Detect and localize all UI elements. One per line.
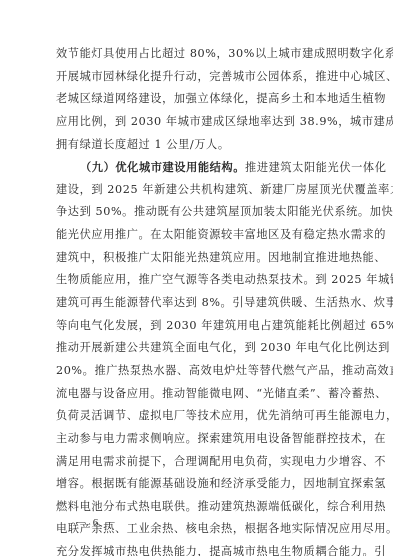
text-fragment: 推进建筑太阳能光伏一体化 xyxy=(245,161,386,174)
page-number: － 6 － xyxy=(75,514,118,530)
text-line: 能光伏应用推广。在太阳能资源较丰富地区及有稳定热水需求的 xyxy=(56,224,338,247)
text-line: 20%。推广热泵热水器、高效电炉灶等替代燃气产品，推动高效直 xyxy=(56,360,338,383)
text-line: 满足用电需求前提下，合理调配用电负荷，实现电力少增容、不 xyxy=(56,451,338,474)
text-line: 建筑中，积极推广太阳能光热建筑应用。因地制宜推进地热能、 xyxy=(56,247,338,270)
section-heading: （九）优化城市建设用能结构。 xyxy=(80,160,245,174)
text-line: 增容。根据既有能源基础设施和经济承受能力，因地制宜探索氢 xyxy=(56,473,338,496)
document-body: 效节能灯具使用占比超过 80%，30%以上城市建成照明数字化系统。 开展城市园林… xyxy=(56,43,338,556)
text-line: 应用比例，到 2030 年城市建成区绿地率达到 38.9%，城市建成区 xyxy=(56,111,338,134)
text-line: 建筑可再生能源替代率达到 8%。引导建筑供暖、生活热水、炊事 xyxy=(56,292,338,315)
text-line: 推动开展新建公共建筑全面电气化，到 2030 年电气化比例达到 xyxy=(56,337,338,360)
text-line: 负荷灵活调节、虚拟电厂等技术应用，优先消纳可再生能源电力， xyxy=(56,405,338,428)
text-line: 争达到 50%。推动既有公共建筑屋顶加装太阳能光伏系统。加快智 xyxy=(56,201,338,224)
text-line: 效节能灯具使用占比超过 80%，30%以上城市建成照明数字化系统。 xyxy=(56,43,338,66)
text-line: 拥有绿道长度超过 1 公里/万人。 xyxy=(56,134,338,157)
text-line: 主动参与电力需求侧响应。探索建筑用电设备智能群控技术，在 xyxy=(56,428,338,451)
text-line: 开展城市园林绿化提升行动，完善城市公园体系，推进中心城区、 xyxy=(56,66,338,89)
text-line: 等向电气化发展，到 2030 年建筑用电占建筑能耗比例超过 65%。 xyxy=(56,315,338,338)
document-page: 效节能灯具使用占比超过 80%，30%以上城市建成照明数字化系统。 开展城市园林… xyxy=(0,0,393,556)
text-line: 流电器与设备应用。推动智能微电网、“光储直柔”、蓄冷蓄热、 xyxy=(56,383,338,406)
section-heading-line: （九）优化城市建设用能结构。推进建筑太阳能光伏一体化 xyxy=(56,156,338,179)
text-line: 老城区绿道网络建设，加强立体绿化，提高乡土和本地适生植物 xyxy=(56,88,338,111)
text-line: 建设，到 2025 年新建公共机构建筑、新建厂房屋顶光伏覆盖率力 xyxy=(56,179,338,202)
text-line: 充分发挥城市热电供热能力，提高城市热电生物质耦合能力。引 xyxy=(56,541,338,556)
text-line: 生物质能应用，推广空气源等各类电动热泵技术。到 2025 年城镇 xyxy=(56,269,338,292)
